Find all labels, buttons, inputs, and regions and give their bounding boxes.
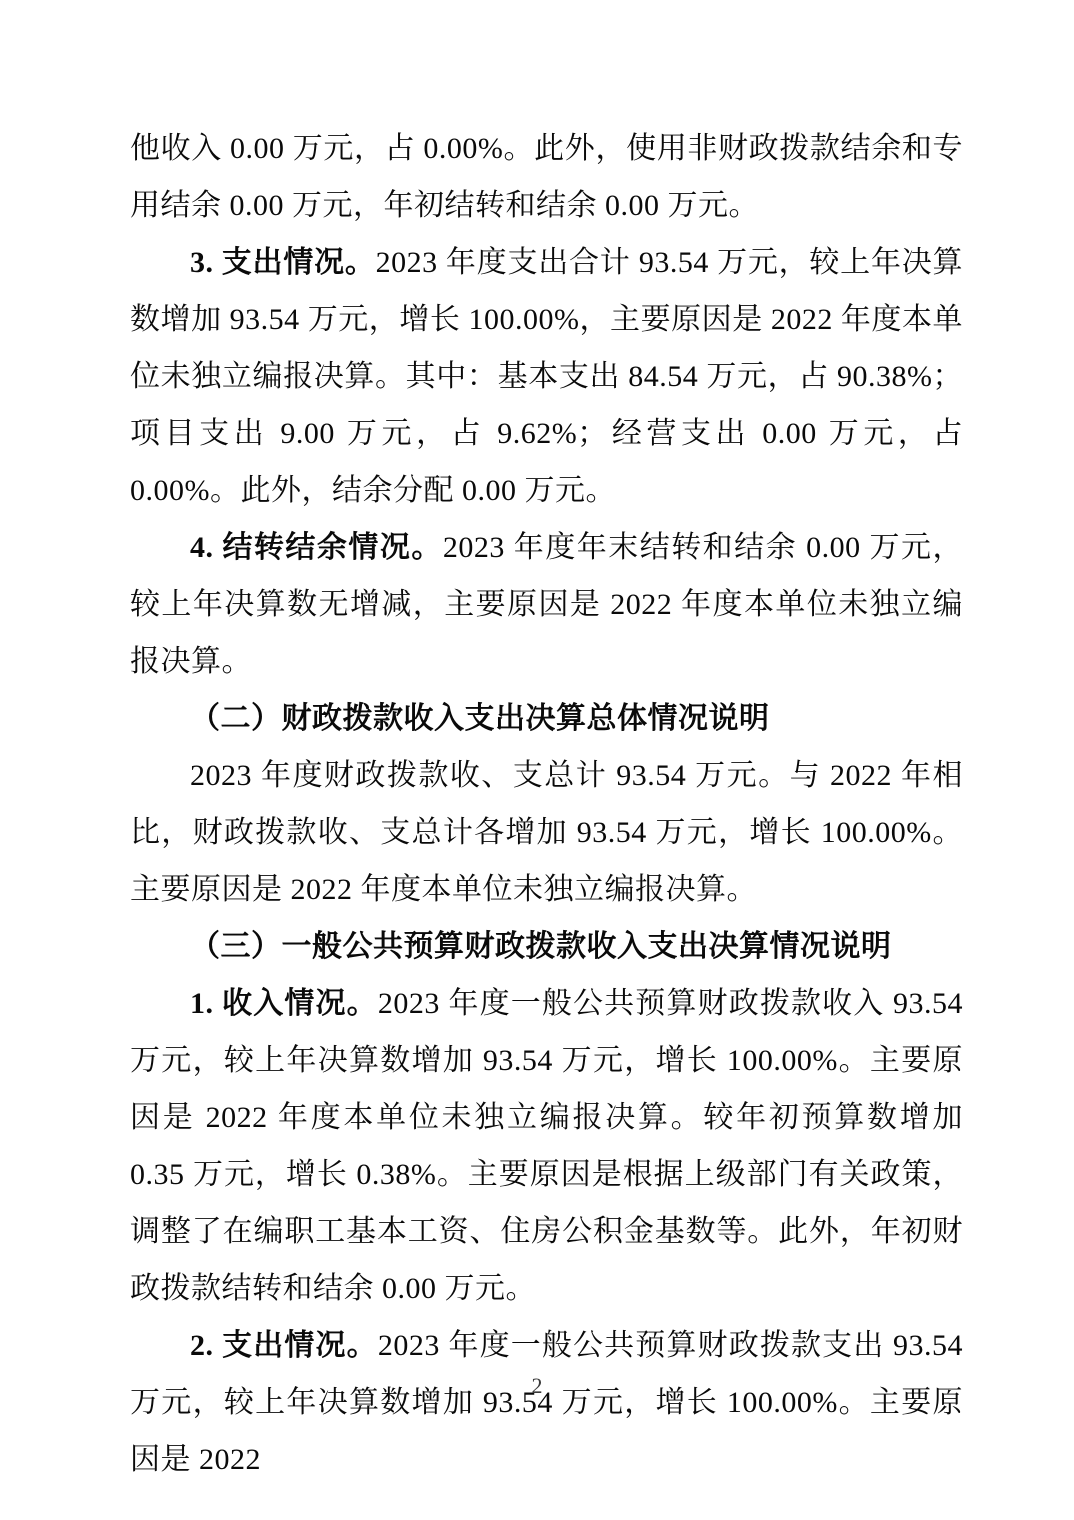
paragraph-text: 2023 年度支出合计 93.54 万元，较上年决算数增加 93.54 万元，增… <box>130 246 963 507</box>
page-footer: 2 <box>0 1372 1074 1400</box>
paragraph-lead-bold: 2. 支出情况。 <box>190 1329 378 1362</box>
paragraph-text: 2023 年度财政拨款收、支总计 93.54 万元。与 2022 年相比，财政拨… <box>130 759 963 906</box>
paragraph-lead-bold: （三）一般公共预算财政拨款收入支出决算情况说明 <box>190 930 892 963</box>
para-section-2-body: 2023 年度财政拨款收、支总计 93.54 万元。与 2022 年相比，财政拨… <box>130 747 963 918</box>
heading-section-2: （二）财政拨款收入支出决算总体情况说明 <box>130 690 963 747</box>
paragraph-lead-bold: 3. 支出情况。 <box>190 246 376 279</box>
para-2-expenditure: 2. 支出情况。2023 年度一般公共预算财政拨款支出 93.54 万元，较上年… <box>130 1317 963 1488</box>
page-number: 2 <box>532 1373 543 1398</box>
document-body: 他收入 0.00 万元，占 0.00%。此外，使用非财政拨款结余和专用结余 0.… <box>130 120 963 1488</box>
paragraph-lead-bold: 4. 结转结余情况。 <box>190 531 443 564</box>
document-page: 他收入 0.00 万元，占 0.00%。此外，使用非财政拨款结余和专用结余 0.… <box>0 0 1074 1520</box>
paragraph-text: 他收入 0.00 万元，占 0.00%。此外，使用非财政拨款结余和专用结余 0.… <box>130 132 963 222</box>
para-1-income: 1. 收入情况。2023 年度一般公共预算财政拨款收入 93.54 万元，较上年… <box>130 975 963 1317</box>
paragraph-lead-bold: 1. 收入情况。 <box>190 987 378 1020</box>
para-other-income-continuation: 他收入 0.00 万元，占 0.00%。此外，使用非财政拨款结余和专用结余 0.… <box>130 120 963 234</box>
heading-section-3: （三）一般公共预算财政拨款收入支出决算情况说明 <box>130 918 963 975</box>
para-4-carryover: 4. 结转结余情况。2023 年度年末结转和结余 0.00 万元，较上年决算数无… <box>130 519 963 690</box>
para-3-expenditure: 3. 支出情况。2023 年度支出合计 93.54 万元，较上年决算数增加 93… <box>130 234 963 519</box>
paragraph-lead-bold: （二）财政拨款收入支出决算总体情况说明 <box>190 702 770 735</box>
paragraph-text: 2023 年度一般公共预算财政拨款收入 93.54 万元，较上年决算数增加 93… <box>130 987 963 1305</box>
